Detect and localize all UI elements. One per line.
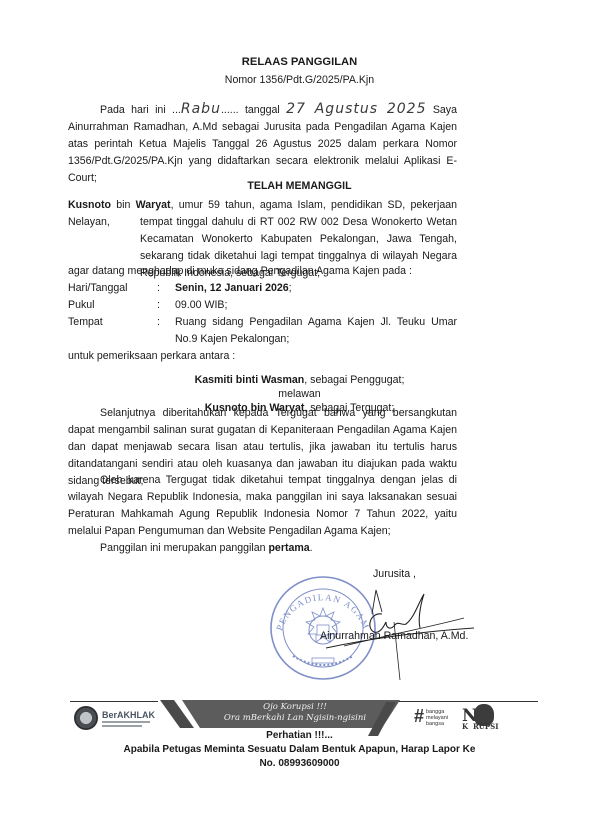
bangga-melayani-logo: bangga melayani bangsa — [426, 709, 452, 727]
hearing-row-place: Tempat : Ruang sidang Pengadilan Agama K… — [68, 314, 457, 348]
case-number: Nomor 1356/Pdt.G/2025/PA.Kjn — [0, 74, 599, 86]
berakhlak-logo: BerAKHLAK — [102, 710, 155, 720]
case-intro: untuk pemeriksaan perkara antara : — [68, 348, 457, 365]
notice-title: Perhatian !!!... — [0, 730, 599, 741]
notice-text: Apabila Petugas Meminta Sesuatu Dalam Be… — [0, 744, 599, 755]
summoned-name-last: Waryat — [136, 199, 171, 211]
hashtag-icon: # — [414, 706, 424, 727]
signatory-name: Ainurrahman Ramadhan, A.Md. — [320, 630, 468, 642]
summoned-heading: TELAH MEMANGGIL — [0, 180, 599, 192]
summoned-name-first: Kusnoto — [68, 199, 111, 211]
signature-role: Jurusita , — [373, 568, 416, 580]
banner-slogan: Ojo Korupsi !!! Ora mBerkahi Lan Ngisin-… — [210, 702, 380, 724]
notice-phone: No. 08993609000 — [0, 758, 599, 769]
hearing-date-value: Senin, 12 Januari 2026 — [175, 282, 289, 294]
body-paragraph-3: Panggilan ini merupakan panggilan pertam… — [68, 540, 457, 557]
hearing-intro: agar datang menghadap di muka sidang Pen… — [68, 263, 488, 280]
document-title: RELAAS PANGGILAN — [0, 56, 599, 68]
versus-label: melawan — [0, 387, 599, 401]
body-paragraph-2: Oleh karena Tergugat tidak diketahui tem… — [68, 472, 457, 540]
signature-block: PENGADILAN AGAMA KAJEN Jurusita , Ainurr… — [268, 568, 498, 688]
hearing-place-value: Ruang sidang Pengadilan Agama Kajen Jl. … — [175, 314, 457, 348]
handwritten-day: Rabu — [181, 101, 221, 117]
plaintiff-name: Kasmiti binti Wasman — [195, 374, 305, 386]
hearing-row-date: Hari/Tanggal : Senin, 12 Januari 2026; — [68, 280, 457, 297]
hearing-time-value: 09.00 WIB; — [175, 297, 457, 314]
opening-paragraph: Pada hari ini ...Rabu...... tanggal 27 A… — [68, 101, 457, 187]
hearing-row-time: Pukul : 09.00 WIB; — [68, 297, 457, 314]
opening-prefix: Pada hari ini — [100, 104, 166, 116]
berakhlak-emblem-icon — [74, 706, 98, 730]
handwritten-date: 27 Agustus 2025 — [286, 101, 426, 117]
